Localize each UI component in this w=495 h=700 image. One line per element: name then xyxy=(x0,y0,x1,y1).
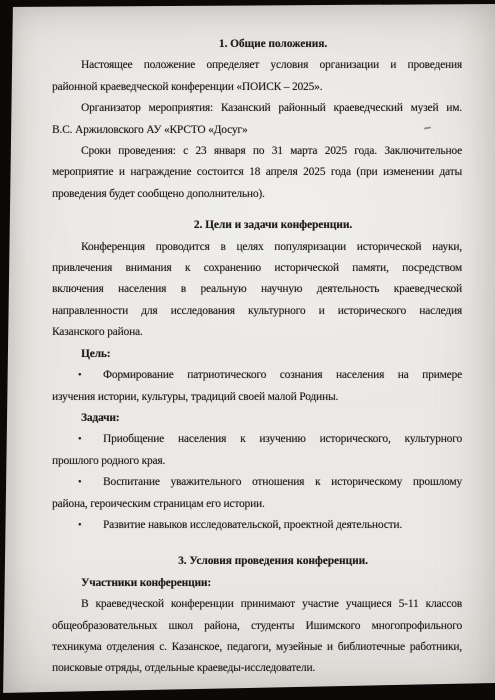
doc-line: Конференция проводится в целях популяриз… xyxy=(52,237,462,258)
doc-line: Воспитание уважительного отношения к ист… xyxy=(103,476,462,488)
doc-line: проведения будет сообщено дополнительно)… xyxy=(52,184,462,205)
section-3-heading: 3. Условия проведения конференции. xyxy=(52,551,462,572)
bullet-item: •Приобщение населения к изучению историч… xyxy=(52,429,462,450)
doc-line: изучения истории, культуры, традиций сво… xyxy=(52,387,462,408)
doc-line: направленности для исследования культурн… xyxy=(52,301,462,322)
bullet-item: •Развитие навыков исследовательской, про… xyxy=(52,515,462,536)
bullet-marker-icon: • xyxy=(78,515,81,536)
section-1-heading: 1. Общие положения. xyxy=(52,34,462,55)
doc-line: района, героическим страницам его истори… xyxy=(52,494,462,515)
doc-line: прошлого родного края. xyxy=(52,451,462,472)
doc-line: Казанского района. xyxy=(52,322,462,343)
doc-line: техникума отделения с. Казанское, педаго… xyxy=(52,637,462,658)
doc-line: районной краеведческой конференции «ПОИС… xyxy=(52,77,462,98)
doc-line: В.С. Аржиловского АУ «КРСТО «Досуг» xyxy=(52,120,462,141)
doc-line: Организатор мероприятия: Казанский район… xyxy=(52,98,462,119)
doc-line: включения населения в реальную научную д… xyxy=(52,279,462,300)
tasks-label: Задачи: xyxy=(52,408,462,429)
doc-line: В краеведческой конференции принимают уч… xyxy=(52,594,462,615)
section-2-heading: 2. Цели и задачи конференции. xyxy=(52,215,462,236)
document-page: 1. Общие положения. Настоящее положение … xyxy=(0,0,495,700)
doc-line: Формирование патриотического сознания на… xyxy=(103,369,462,381)
bullet-marker-icon: • xyxy=(78,472,81,493)
bullet-marker-icon: • xyxy=(78,429,81,450)
doc-line: общеобразовательных школ района, студент… xyxy=(52,616,462,637)
doc-line: Развитие навыков исследовательской, прое… xyxy=(103,519,402,531)
bullet-marker-icon: • xyxy=(78,365,81,386)
document-content: 1. Общие положения. Настоящее положение … xyxy=(52,34,462,680)
doc-line: привлечения внимания к сохранению истори… xyxy=(52,258,462,279)
goal-label: Цель: xyxy=(52,344,462,365)
bullet-item: •Формирование патриотического сознания н… xyxy=(52,365,462,386)
doc-line: Приобщение населения к изучению историче… xyxy=(103,433,462,445)
doc-line: Сроки проведения: с 23 января по 31 март… xyxy=(52,141,462,162)
doc-line: мероприятие и награждение состоится 18 а… xyxy=(52,162,462,183)
participants-label: Участники конференции: xyxy=(52,573,462,594)
doc-line: Настоящее положение определяет условия о… xyxy=(52,55,462,76)
doc-line: поисковые отряды, отдельные краеведы-исс… xyxy=(52,658,462,679)
bullet-item: •Воспитание уважительного отношения к ис… xyxy=(52,472,462,493)
